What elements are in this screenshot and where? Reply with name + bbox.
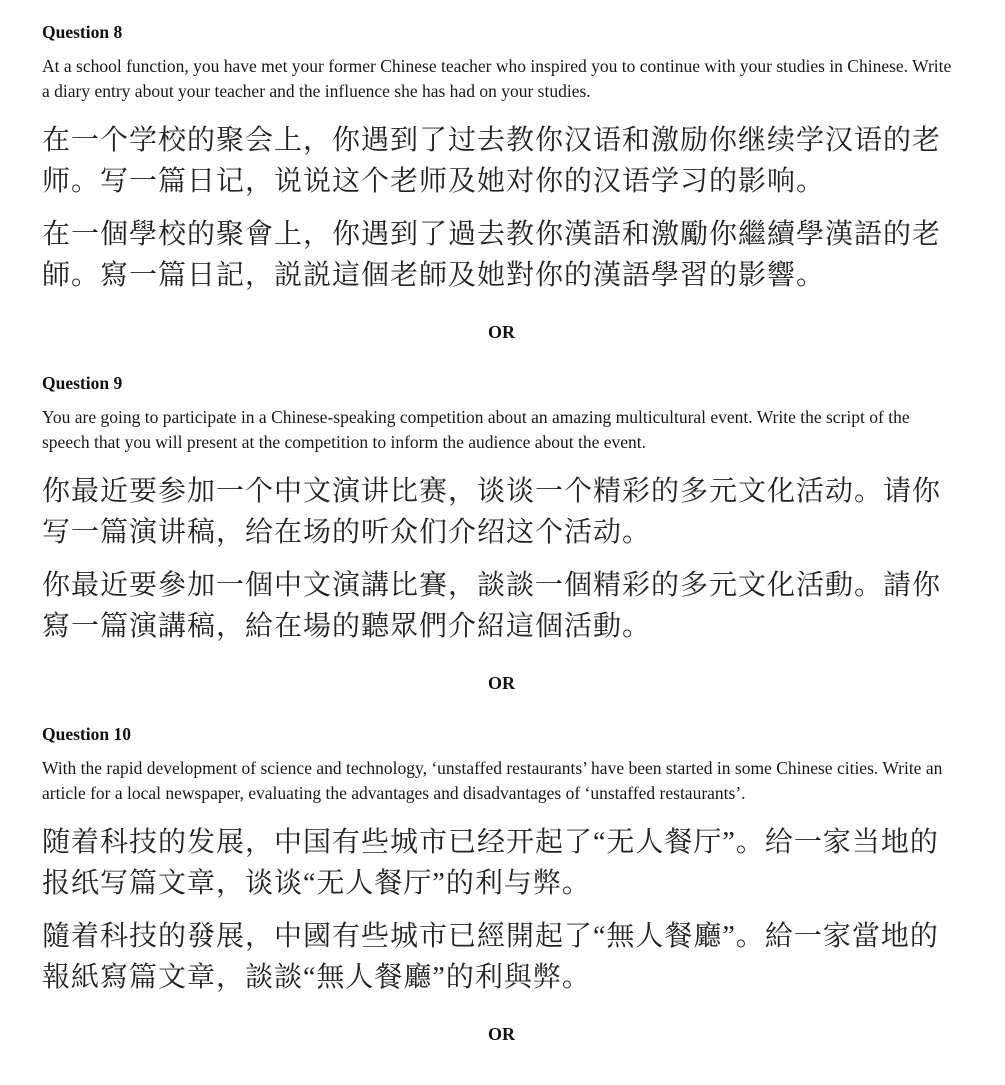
question-block-9: Question 9 You are going to participate … <box>42 373 961 694</box>
question-english-text: At a school function, you have met your … <box>42 54 961 104</box>
question-heading: Question 8 <box>42 22 961 43</box>
question-english-text: You are going to participate in a Chines… <box>42 405 961 455</box>
question-block-8: Question 8 At a school function, you hav… <box>42 22 961 343</box>
question-simplified-chinese-text: 你最近要参加一个中文演讲比赛，谈谈一个精彩的多元文化活动。请你写一篇演讲稿，给在… <box>42 471 961 553</box>
or-separator: OR <box>42 673 961 694</box>
question-traditional-chinese-text: 你最近要參加一個中文演講比賽，談談一個精彩的多元文化活動。請你寫一篇演講稿，給在… <box>42 565 961 647</box>
or-separator: OR <box>42 1024 961 1045</box>
question-simplified-chinese-text: 随着科技的发展，中国有些城市已经开起了“无人餐厅”。给一家当地的报纸写篇文章，谈… <box>42 822 961 904</box>
question-traditional-chinese-text: 在一個學校的聚會上，你遇到了過去教你漢語和激勵你繼續學漢語的老師。寫一篇日記，説… <box>42 214 961 296</box>
question-traditional-chinese-text: 隨着科技的發展，中國有些城市已經開起了“無人餐廳”。給一家當地的報紙寫篇文章，談… <box>42 916 961 998</box>
question-block-10: Question 10 With the rapid development o… <box>42 724 961 1045</box>
question-heading: Question 10 <box>42 724 961 745</box>
question-english-text: With the rapid development of science an… <box>42 756 961 806</box>
question-heading: Question 9 <box>42 373 961 394</box>
or-separator: OR <box>42 322 961 343</box>
question-simplified-chinese-text: 在一个学校的聚会上，你遇到了过去教你汉语和激励你继续学汉语的老师。写一篇日记，说… <box>42 120 961 202</box>
exam-paper-page: Question 8 At a school function, you hav… <box>0 0 1005 1085</box>
